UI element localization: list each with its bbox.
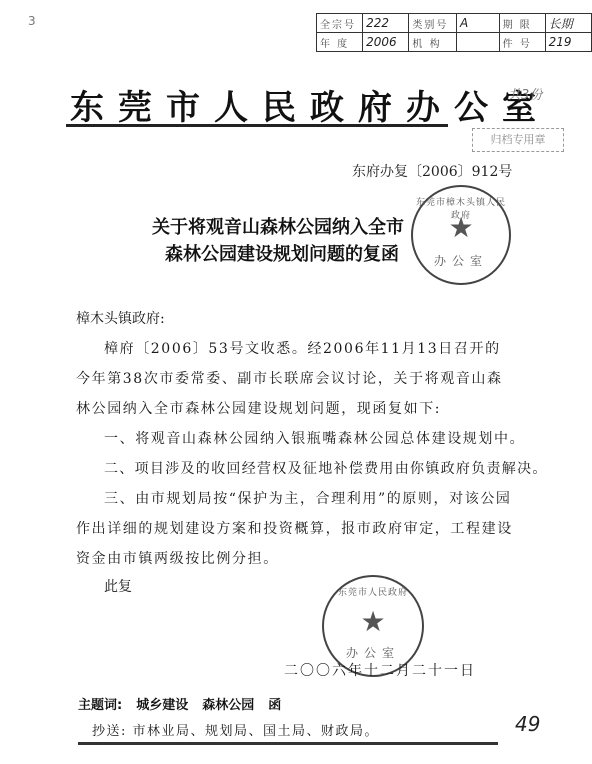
seal-office-text: 办公室 [324, 644, 422, 661]
retention-label: 期 限 [499, 14, 545, 33]
archive-row-2: 年 度 2006 机 构 件 号 219 [317, 33, 592, 52]
salutation: 樟木头镇政府: [76, 304, 165, 334]
seal-ring-text: 东莞市人民政府 [324, 585, 422, 598]
received-stamp: 归档专用章 [472, 128, 564, 152]
title-line-1: 关于将观音山森林公园纳入全市 [152, 213, 404, 239]
item-label: 件 号 [499, 33, 545, 52]
footer-rule [78, 742, 498, 745]
handwritten-count: 共3份 [508, 84, 542, 103]
page-number: 49 [515, 712, 540, 736]
fonds-value: 222 [363, 14, 409, 33]
item-3: 三、由市规划局按“保护为主，合理利用”的原则，对该公园作出详细的规划建设方案和投… [76, 484, 516, 574]
unit-value [456, 33, 499, 52]
document-number: 东府办复〔2006〕912号 [352, 161, 512, 181]
year-value: 2006 [363, 33, 409, 52]
fonds-label: 全宗号 [317, 14, 363, 33]
closing: 此复 [104, 572, 132, 602]
retention-value: 长期 [545, 14, 591, 33]
archive-table: 全宗号 222 类别号 A 期 限 长期 年 度 2006 机 构 件 号 21… [316, 13, 592, 52]
cc-line: 抄送: 市林业局、规划局、国土局、财政局。 [92, 720, 379, 739]
subject-word: 城乡建设 [136, 698, 188, 713]
seal-town-office: 东莞市樟木头镇人民政府 ★ 办公室 [411, 185, 511, 285]
seal-office-text: 办公室 [413, 252, 509, 269]
subject-word: 函 [268, 698, 281, 713]
issue-date: 二〇〇六年十二月二十一日 [284, 660, 476, 680]
org-header: 东莞市人民政府办公室 [70, 80, 550, 129]
cc-label: 抄送: [92, 724, 127, 739]
star-icon: ★ [413, 211, 509, 244]
item-1: 一、将观音山森林公园纳入银瓶嘴森林公园总体建设规划中。 [104, 424, 525, 454]
category-label: 类别号 [409, 14, 457, 33]
subject-words: 主题词:城乡建设森林公园函 [78, 694, 295, 713]
star-icon: ★ [324, 605, 422, 638]
item-value: 219 [545, 33, 591, 52]
unit-label: 机 构 [409, 33, 457, 52]
header-rule [66, 124, 448, 127]
item-2: 二、项目涉及的收回经营权及征地补偿费用由你镇政府负责解决。 [104, 454, 548, 484]
subject-word: 森林公园 [202, 698, 254, 713]
title-line-2: 森林公园建设规划问题的复函 [165, 240, 399, 266]
paragraph-1: 樟府〔2006〕53号文收悉。经2006年11月13日召开的今年第38次市委常委… [76, 334, 516, 424]
archive-row-1: 全宗号 222 类别号 A 期 限 长期 [317, 14, 592, 33]
year-label: 年 度 [317, 33, 363, 52]
corner-mark: 3 [28, 14, 36, 28]
cc-list: 市林业局、规划局、国土局、财政局。 [133, 724, 380, 739]
category-value: A [456, 14, 499, 33]
subject-label: 主题词: [78, 698, 122, 713]
